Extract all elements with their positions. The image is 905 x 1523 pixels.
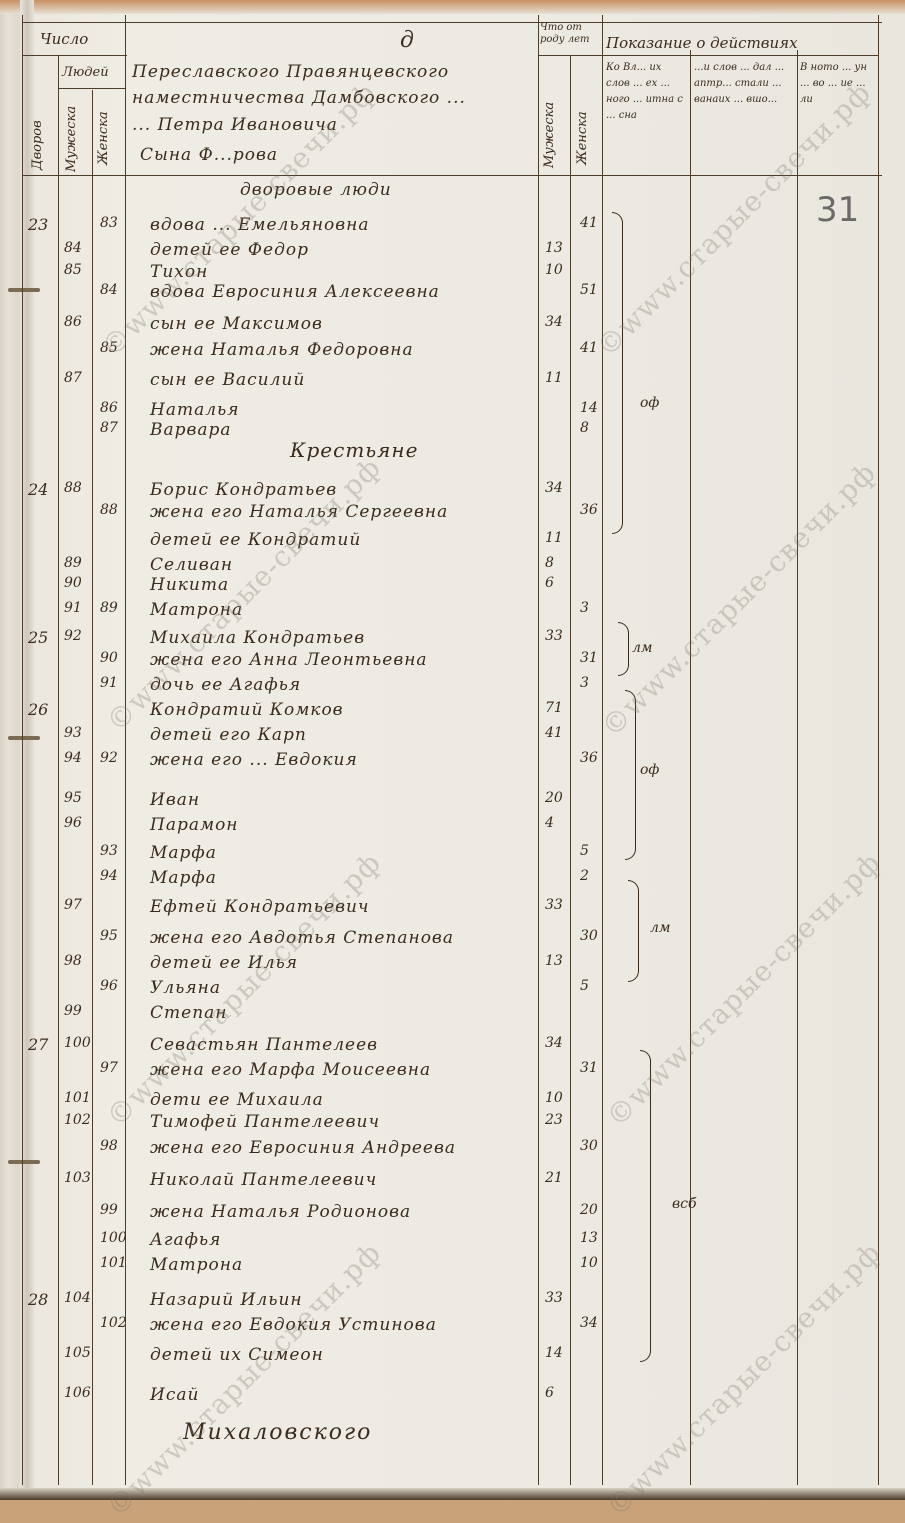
person-name: Агафья — [150, 1230, 221, 1250]
age-male: 34 — [545, 1035, 563, 1051]
age-male: 71 — [545, 700, 563, 716]
header-count-label: Число — [40, 30, 88, 48]
age-male: 8 — [545, 555, 554, 571]
male-number: 100 — [64, 1035, 91, 1051]
male-number: 87 — [64, 370, 82, 386]
female-number: 83 — [100, 215, 118, 231]
age-male: 10 — [545, 262, 563, 278]
person-name: Марфа — [150, 843, 217, 863]
female-number: 90 — [100, 650, 118, 666]
person-name: Исай — [150, 1385, 199, 1405]
age-male: 33 — [545, 628, 563, 644]
age-female: 31 — [580, 650, 598, 666]
female-number: 94 — [100, 868, 118, 884]
brace-note: оф — [640, 762, 659, 778]
age-female: 3 — [580, 600, 589, 616]
age-female: 31 — [580, 1060, 598, 1076]
watermark: ©www.старые-свечи.рф — [595, 456, 882, 743]
page-top-edge — [0, 0, 905, 14]
female-number: 92 — [100, 750, 118, 766]
brace-note: всб — [672, 1196, 697, 1212]
age-female: 13 — [580, 1230, 598, 1246]
household-number: 24 — [28, 480, 48, 499]
age-male: 20 — [545, 790, 563, 806]
age-male: 11 — [545, 370, 563, 386]
brace-note: лм — [632, 640, 653, 656]
person-name: Матрона — [150, 1255, 243, 1275]
female-number: 98 — [100, 1138, 118, 1154]
male-number: 102 — [64, 1112, 91, 1128]
age-female: 5 — [580, 978, 589, 994]
person-name: Варвара — [150, 420, 232, 440]
person-name: жена Наталья Родионова — [150, 1202, 411, 1222]
female-number: 91 — [100, 675, 118, 691]
age-female: 30 — [580, 928, 598, 944]
rule-header-age — [538, 55, 878, 56]
household-number: 28 — [28, 1290, 48, 1309]
female-number: 96 — [100, 978, 118, 994]
age-male: 33 — [545, 897, 563, 913]
person-name: Селиван — [150, 555, 233, 575]
brace-note: лм — [650, 920, 671, 936]
person-name: Ульяна — [150, 978, 221, 998]
age-male: 10 — [545, 1090, 563, 1106]
person-name: Наталья — [150, 400, 240, 420]
female-number: 88 — [100, 502, 118, 518]
rule-col-age-male — [570, 55, 571, 1485]
rule-col-male — [92, 90, 93, 1485]
male-number: 98 — [64, 953, 82, 969]
male-number: 92 — [64, 628, 82, 644]
person-name: дети ее Михаила — [150, 1090, 324, 1110]
male-number: 95 — [64, 790, 82, 806]
title-line-2: наместничества Дамбовского ... — [132, 88, 466, 108]
brace-icon — [612, 212, 623, 534]
age-female: 5 — [580, 843, 589, 859]
male-number: 93 — [64, 725, 82, 741]
person-name: Тимофей Пантелеевич — [150, 1112, 380, 1132]
male-number: 94 — [64, 750, 82, 766]
rule-top — [22, 22, 882, 23]
person-name: жена его Евросиния Андреева — [150, 1138, 456, 1158]
age-male: 13 — [545, 953, 563, 969]
age-male: 23 — [545, 1112, 563, 1128]
rule-col-households — [58, 55, 59, 1485]
male-number: 88 — [64, 480, 82, 496]
female-number: 93 — [100, 843, 118, 859]
binding-thread — [8, 288, 40, 292]
header-persons-label: Людей — [62, 65, 109, 80]
female-number: 97 — [100, 1060, 118, 1076]
male-number: 91 — [64, 600, 82, 616]
person-name: Никита — [150, 575, 229, 595]
person-name: Парамон — [150, 815, 239, 835]
header-female-label: Женска — [96, 111, 111, 165]
person-name: детей ее Кондратий — [150, 530, 361, 550]
person-name: Борис Кондратьев — [150, 480, 337, 500]
male-number: 84 — [64, 240, 82, 256]
brace-icon — [628, 880, 639, 982]
male-number: 86 — [64, 314, 82, 330]
age-male: 4 — [545, 815, 554, 831]
age-male: 6 — [545, 575, 554, 591]
male-number: 101 — [64, 1090, 91, 1106]
age-male: 13 — [545, 240, 563, 256]
age-male: 14 — [545, 1345, 563, 1361]
age-male: 34 — [545, 314, 563, 330]
person-name: сын ее Максимов — [150, 314, 323, 334]
header-male-label: Мужеска — [64, 106, 79, 172]
watermark: ©www.старые-свечи.рф — [100, 1236, 387, 1500]
title-line-1: Переславского Правянцевского — [132, 62, 449, 82]
household-number: 27 — [28, 1035, 48, 1054]
male-number: 97 — [64, 897, 82, 913]
person-name: жена его ... Евдокия — [150, 750, 358, 770]
age-male: 41 — [545, 725, 563, 741]
age-male: 21 — [545, 1170, 563, 1186]
header-age-female-label: Женска — [575, 111, 590, 165]
header-indication-col-2: ...и слов ... дал ... аптр... стали ... … — [694, 60, 794, 108]
header-age-male-label: Мужеска — [542, 102, 557, 168]
header-households-label: Дворов — [30, 120, 45, 170]
person-name: Кондратий Комков — [150, 700, 344, 720]
female-number: 86 — [100, 400, 118, 416]
title-line-4: Сына Ф...рова — [140, 145, 278, 165]
person-name: Николай Пантелеевич — [150, 1170, 377, 1190]
rule-col-names — [538, 15, 539, 1485]
rule-header-sub — [22, 55, 127, 56]
age-female: 30 — [580, 1138, 598, 1154]
person-name: жена Наталья Федоровна — [150, 340, 414, 360]
age-male: 33 — [545, 1290, 563, 1306]
age-female: 3 — [580, 675, 589, 691]
male-number: 90 — [64, 575, 82, 591]
age-female: 8 — [580, 420, 589, 436]
age-female: 36 — [580, 502, 598, 518]
household-number: 23 — [28, 215, 48, 234]
household-number: 25 — [28, 628, 48, 647]
household-number: 26 — [28, 700, 48, 719]
age-female: 14 — [580, 400, 598, 416]
binding-thread — [8, 736, 40, 740]
male-number: 104 — [64, 1290, 91, 1306]
male-number: 103 — [64, 1170, 91, 1186]
female-number: 100 — [100, 1230, 127, 1246]
age-male: 34 — [545, 480, 563, 496]
female-number: 95 — [100, 928, 118, 944]
male-number: 99 — [64, 1003, 82, 1019]
person-name: детей его Карп — [150, 725, 307, 745]
brace-icon — [618, 622, 629, 676]
person-name: сын ее Василий — [150, 370, 305, 390]
person-name: Иван — [150, 790, 200, 810]
rule-header-persons — [58, 88, 126, 89]
female-number: 101 — [100, 1255, 127, 1271]
header-age-label: Что от роду лет — [540, 22, 600, 46]
male-number: 105 — [64, 1345, 91, 1361]
age-female: 34 — [580, 1315, 598, 1331]
age-male: 11 — [545, 530, 563, 546]
person-name: Назарий Ильин — [150, 1290, 303, 1310]
female-number: 87 — [100, 420, 118, 436]
watermark: ©www.старые-свечи.рф — [600, 846, 887, 1133]
female-number: 89 — [100, 600, 118, 616]
age-female: 36 — [580, 750, 598, 766]
male-number: 85 — [64, 262, 82, 278]
binding-thread — [8, 1160, 40, 1164]
male-number: 96 — [64, 815, 82, 831]
header-indication-col-1: Ко Вл... их слов ... ех ... ного ... итн… — [606, 60, 688, 124]
rule-left-margin — [22, 15, 23, 1485]
rule-col-age-female — [602, 15, 603, 1485]
age-male: 6 — [545, 1385, 554, 1401]
header-indication-label: Показание о действиях — [606, 34, 798, 52]
age-female: 10 — [580, 1255, 598, 1271]
manuscript-page: Число Дворов Людей Мужеска Женска д Пере… — [0, 0, 905, 1500]
page-number: 31 — [816, 190, 859, 230]
section-title-peasants: Крестьяне — [290, 438, 418, 462]
female-number: 84 — [100, 282, 118, 298]
age-female: 2 — [580, 868, 589, 884]
title-superscript: д — [400, 28, 414, 53]
age-female: 41 — [580, 215, 598, 231]
male-number: 89 — [64, 555, 82, 571]
rule-col-ind-2 — [797, 50, 798, 1485]
person-name: Марфа — [150, 868, 217, 888]
female-number: 99 — [100, 1202, 118, 1218]
age-female: 20 — [580, 1202, 598, 1218]
brace-note: оф — [640, 395, 659, 411]
female-number: 102 — [100, 1315, 127, 1331]
age-female: 51 — [580, 282, 598, 298]
male-number: 106 — [64, 1385, 91, 1401]
